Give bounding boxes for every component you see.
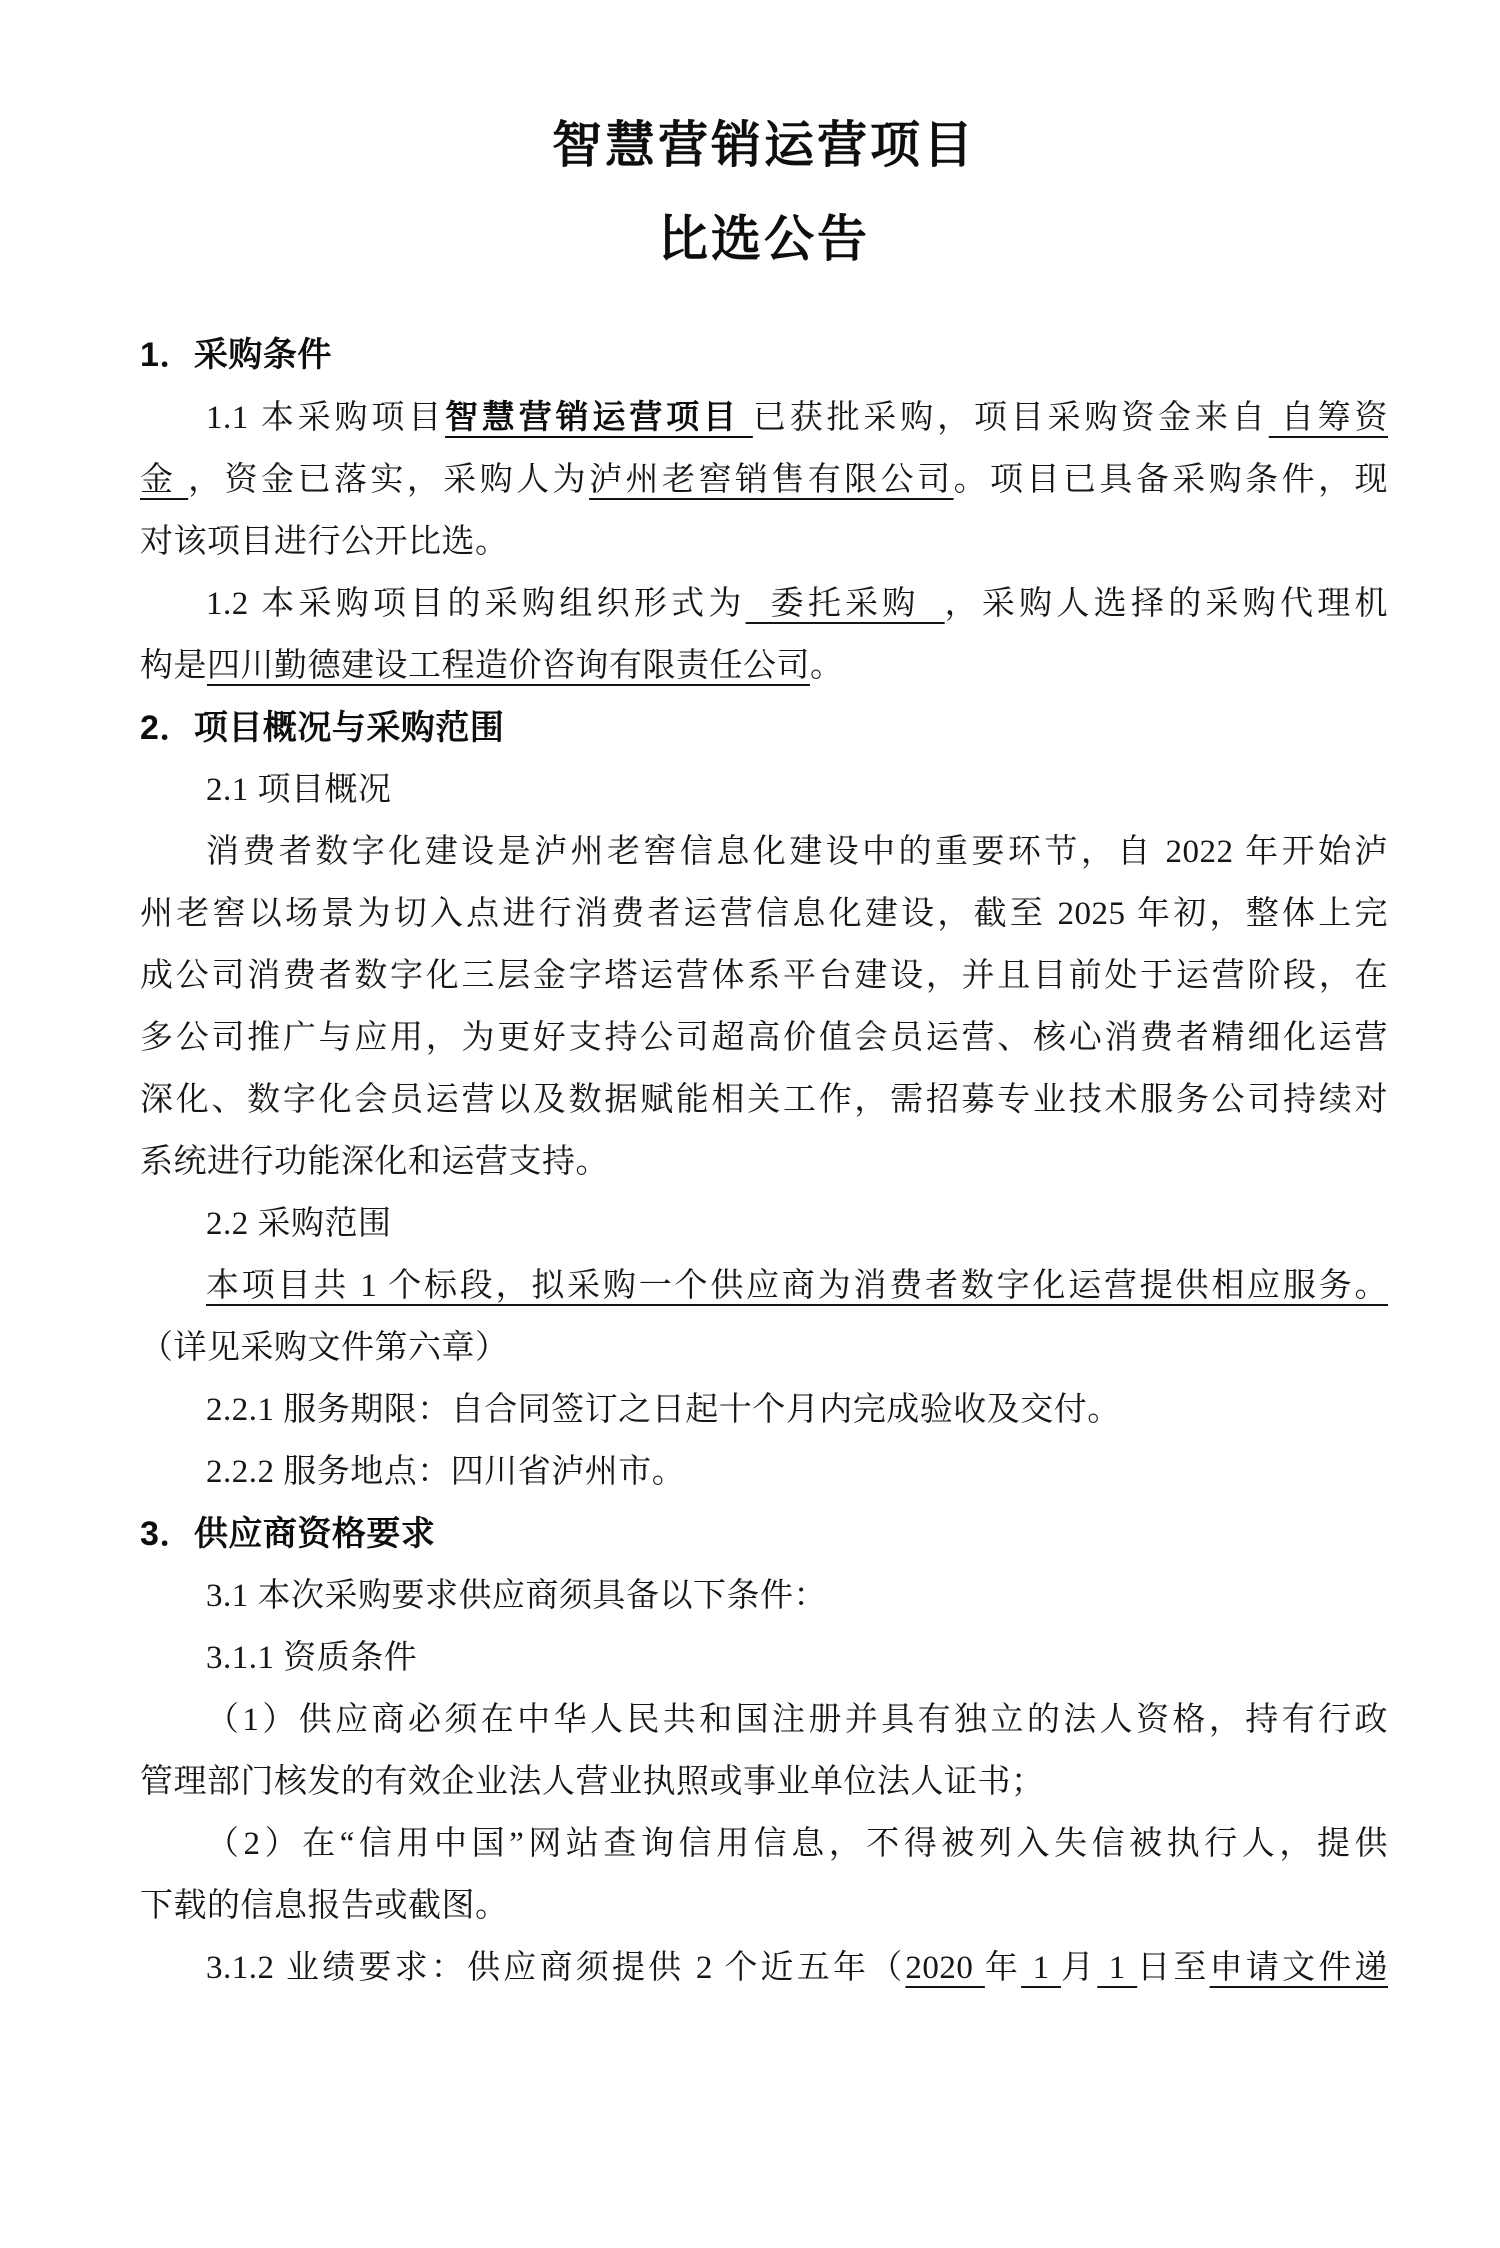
qualification-item-2-line-2: 下载的信息报告或截图。 xyxy=(140,1875,1388,1937)
clause-1-1-text-mid: 已获批采购，项目采购资金来自 xyxy=(753,400,1269,436)
document-subtitle: 比选公告 xyxy=(140,206,1388,272)
scope-statement-line: 本项目共 1 个标段，拟采购一个供应商为消费者数字化运营提供相应服务。 xyxy=(140,1255,1388,1317)
funding-source-field-continued: 金 xyxy=(140,462,188,498)
overview-paragraph-line-2: 州老窖以场景为切入点进行消费者运营信息化建设，截至 2025 年初，整体上完 xyxy=(140,883,1388,945)
section-3-heading: 3．供应商资格要求 xyxy=(140,1503,1388,1565)
section-2-heading: 2．项目概况与采购范围 xyxy=(140,697,1388,759)
clause-1-2-text-start: 1.2 本采购项目的采购组织形式为 xyxy=(206,586,746,622)
clause-1-1-text-end: 。项目已具备采购条件，现 xyxy=(954,462,1388,498)
clause-1-2-period: 。 xyxy=(810,648,844,684)
clause-1-1-text-start: 1.1 本采购项目 xyxy=(206,400,445,436)
scope-statement: 本项目共 1 个标段，拟采购一个供应商为消费者数字化运营提供相应服务。 xyxy=(206,1268,1388,1304)
section-1-heading: 1．采购条件 xyxy=(140,324,1388,386)
procurement-method-field: 委托采购 xyxy=(746,586,945,622)
performance-requirement-text: 3.1.2 业绩要求：供应商须提供 2 个近五年（ xyxy=(206,1950,905,1986)
clause-1-2-line-2: 构是四川勤德建设工程造价咨询有限责任公司。 xyxy=(140,635,1388,697)
funding-source-field: 自筹资 xyxy=(1269,400,1388,436)
overview-paragraph-line-5: 深化、数字化会员运营以及数据赋能相关工作，需招募专业技术服务公司持续对 xyxy=(140,1069,1388,1131)
clause-1-1-line-2: 金 ，资金已落实，采购人为泸州老窖销售有限公司。项目已具备采购条件，现 xyxy=(140,449,1388,511)
month-unit-label: 月 xyxy=(1061,1950,1097,1986)
performance-start-day-field: 1 xyxy=(1097,1950,1137,1986)
qualification-item-1-line-1: （1）供应商必须在中华人民共和国注册并具有独立的法人资格，持有行政 xyxy=(140,1689,1388,1751)
clause-2-2-1-service-period: 2.2.1 服务期限：自合同签订之日起十个月内完成验收及交付。 xyxy=(140,1379,1388,1441)
clause-1-2-line-1: 1.2 本采购项目的采购组织形式为 委托采购 ，采购人选择的采购代理机 xyxy=(140,573,1388,635)
agency-name-field: 四川勤德建设工程造价咨询有限责任公司 xyxy=(207,648,810,684)
document-page: 智慧营销运营项目 比选公告 1．采购条件 1.1 本采购项目智慧营销运营项目 已… xyxy=(0,0,1500,2248)
scope-note-line: （详见采购文件第六章） xyxy=(140,1317,1388,1379)
clause-1-1-line-1: 1.1 本采购项目智慧营销运营项目 已获批采购，项目采购资金来自 自筹资 xyxy=(140,386,1388,449)
clause-1-1-line-3: 对该项目进行公开比选。 xyxy=(140,511,1388,573)
overview-paragraph-line-3: 成公司消费者数字化三层金字塔运营体系平台建设，并且目前处于运营阶段，在 xyxy=(140,945,1388,1007)
qualification-item-1-line-2: 管理部门核发的有效企业法人营业执照或事业单位法人证书； xyxy=(140,1751,1388,1813)
clause-3-1-2-performance-line: 3.1.2 业绩要求：供应商须提供 2 个近五年（2020 年 1 月 1 日至… xyxy=(140,1937,1388,1999)
clause-2-1-label: 2.1 项目概况 xyxy=(140,759,1388,821)
performance-start-month-field: 1 xyxy=(1021,1950,1061,1986)
clause-1-2-text-cont: 构是 xyxy=(140,648,207,684)
project-name-field: 智慧营销运营项目 xyxy=(445,398,753,435)
clause-2-2-label: 2.2 采购范围 xyxy=(140,1193,1388,1255)
performance-start-year-field: 2020 xyxy=(905,1950,984,1986)
overview-paragraph-line-4: 多公司推广与应用，为更好支持公司超高价值会员运营、核心消费者精细化运营 xyxy=(140,1007,1388,1069)
clause-1-1-text-mid-2: ，资金已落实，采购人为 xyxy=(188,462,589,498)
performance-end-field: 申请文件递 xyxy=(1210,1950,1388,1986)
overview-paragraph-line-1: 消费者数字化建设是泸州老窖信息化建设中的重要环节，自 2022 年开始泸 xyxy=(140,821,1388,883)
clause-3-1-1-label: 3.1.1 资质条件 xyxy=(140,1627,1388,1689)
qualification-item-2-line-1: （2）在“信用中国”网站查询信用信息，不得被列入失信被执行人，提供 xyxy=(140,1813,1388,1875)
year-unit-label: 年 xyxy=(985,1950,1021,1986)
clause-1-2-text-end: ，采购人选择的采购代理机 xyxy=(945,586,1388,622)
overview-paragraph-line-6: 系统进行功能深化和运营支持。 xyxy=(140,1131,1388,1193)
document-title: 智慧营销运营项目 xyxy=(140,112,1388,178)
purchaser-name-field: 泸州老窖销售有限公司 xyxy=(589,462,954,498)
document-body: 1．采购条件 1.1 本采购项目智慧营销运营项目 已获批采购，项目采购资金来自 … xyxy=(140,324,1388,1999)
clause-2-2-2-service-location: 2.2.2 服务地点：四川省泸州市。 xyxy=(140,1441,1388,1503)
day-range-label: 日至 xyxy=(1137,1950,1209,1986)
clause-3-1-intro: 3.1 本次采购要求供应商须具备以下条件： xyxy=(140,1565,1388,1627)
